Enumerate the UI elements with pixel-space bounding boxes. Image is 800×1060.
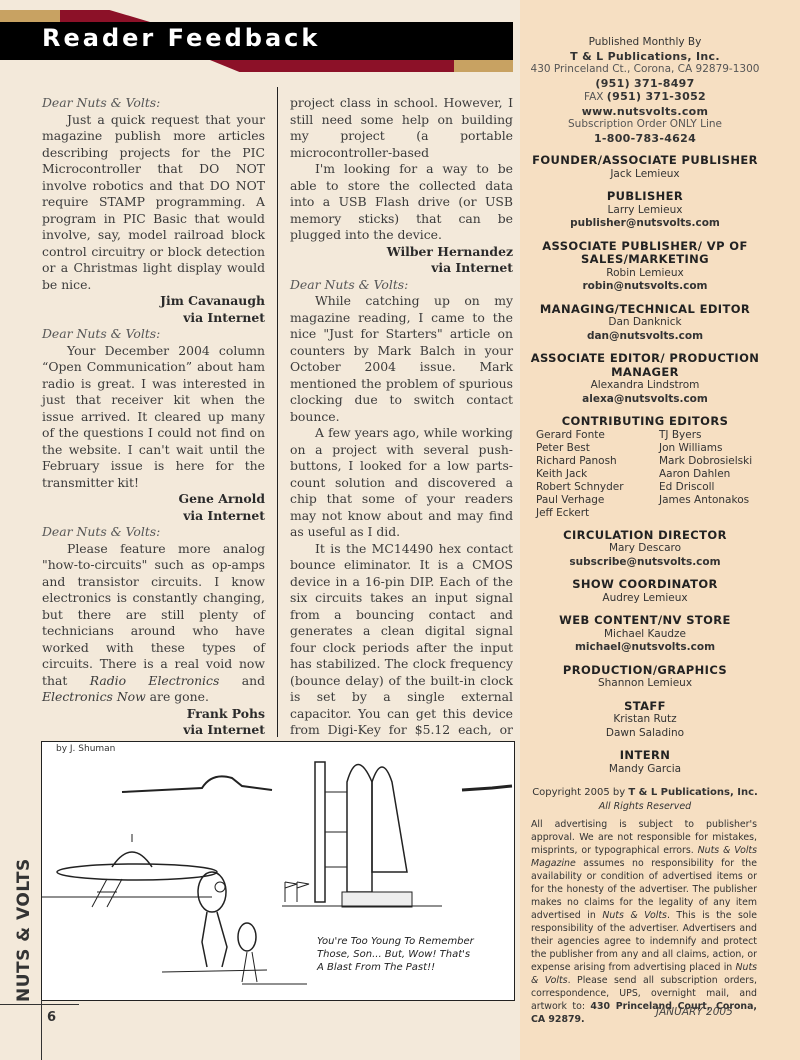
column-divider [277, 87, 278, 737]
section-title: FOUNDER/ASSOCIATE PUBLISHER [530, 154, 760, 168]
staff-name: Shannon Lemieux [530, 677, 760, 691]
letter-body: A few years ago, while working on a proj… [290, 425, 513, 541]
text: and [219, 673, 265, 688]
banner-accent-red-bottom [210, 60, 455, 72]
letter-source: via Internet [42, 508, 265, 525]
section-title: PRODUCTION/GRAPHICS [530, 664, 760, 678]
section-title: ASSOCIATE EDITOR/ PRODUCTION MANAGER [530, 352, 760, 379]
staff-email[interactable]: robin@nutsvolts.com [530, 280, 760, 294]
salutation: Dear Nuts & Volts: [290, 277, 513, 294]
letters-column-right: This is my last year in college (enginee… [290, 95, 513, 805]
banner-accent-tan-bottom [454, 60, 513, 72]
copyright: Copyright 2005 by T & L Publications, In… [530, 786, 760, 813]
staff-email[interactable]: dan@nutsvolts.com [530, 330, 760, 344]
staff-name: Larry Lemieux [530, 204, 760, 218]
salutation: Dear Nuts & Volts: [42, 524, 265, 541]
contributor: Mark Dobrosielski [659, 455, 766, 468]
subscription-phone: 1-800-783-4624 [530, 132, 760, 146]
phone-number: (951) 371-8497 [530, 77, 760, 91]
staff-name: Jack Lemieux [530, 168, 760, 182]
staff-name: Audrey Lemieux [530, 592, 760, 606]
caption-line: You're Too Young To Remember [317, 935, 507, 948]
staff-name: Mandy Garcia [530, 763, 760, 777]
salutation: Dear Nuts & Volts: [42, 95, 265, 112]
staff-section: ASSOCIATE EDITOR/ PRODUCTION MANAGER Ale… [530, 352, 760, 406]
letter-body: I'm looking for a way to be able to stor… [290, 161, 513, 244]
letter-author: Wilber Hernandez [290, 244, 513, 261]
cartoon: by J. Shuman You're Too Young To Reme [41, 741, 515, 1001]
staff-section: STAFF Kristan Rutz Dawn Saladino [530, 700, 760, 741]
section-title: CONTRIBUTING EDITORS [530, 415, 760, 429]
fax-label: FAX [584, 91, 603, 103]
fax-number: (951) 371-3052 [607, 90, 706, 103]
section-title: PUBLISHER [530, 190, 760, 204]
staff-email[interactable]: alexa@nutsvolts.com [530, 393, 760, 407]
subscription-label: Subscription Order ONLY Line [530, 118, 760, 132]
contributor: James Antonakos [659, 494, 766, 507]
contributor: Ed Driscoll [659, 481, 766, 494]
contributor-grid: Gerard Fonte TJ Byers Peter Best Jon Wil… [536, 429, 760, 520]
contributor: Keith Jack [536, 468, 659, 481]
contributor: Robert Schnyder [536, 481, 659, 494]
letter-body: It is the MC14490 hex contact bounce eli… [290, 541, 513, 772]
company-address: 430 Princeland Ct., Corona, CA 92879-130… [530, 63, 760, 77]
contributor: Aaron Dahlen [659, 468, 766, 481]
staff-section: ASSOCIATE PUBLISHER/ VP OF SALES/MARKETI… [530, 240, 760, 294]
masthead: Published Monthly By T & L Publications,… [530, 36, 760, 813]
staff-name: Michael Kaudze [530, 628, 760, 642]
contributing-editors: CONTRIBUTING EDITORS Gerard Fonte TJ Bye… [530, 415, 760, 520]
website-link[interactable]: www.nutsvolts.com [530, 105, 760, 119]
contributor: TJ Byers [659, 429, 766, 442]
advertising-disclaimer: All advertising is subject to publisher'… [531, 818, 757, 1026]
text: Please feature more analog "how-to-circu… [42, 541, 265, 688]
magazine-title: Electronics Now [42, 689, 146, 704]
staff-name: Dan Danknick [530, 316, 760, 330]
copyright-holder: T & L Publications, Inc. [628, 787, 758, 798]
staff-section: PRODUCTION/GRAPHICS Shannon Lemieux [530, 664, 760, 691]
page-title: Reader Feedback [42, 24, 320, 52]
page-number: 6 [47, 1010, 56, 1025]
issue-date: JANUARY 2005 [656, 1006, 733, 1018]
letter-body: While catching up on my magazine reading… [290, 293, 513, 425]
letter-continued: This is my last year in college (enginee… [290, 95, 513, 161]
letter-body: Just a quick request that your magazine … [42, 112, 265, 294]
letter: Dear Nuts & Volts: Please feature more a… [42, 524, 265, 739]
published-by: Published Monthly By [530, 36, 760, 50]
contributor: Jeff Eckert [536, 507, 659, 520]
rights-reserved: All Rights Reserved [530, 800, 760, 814]
letter-body: This is my last year in college (enginee… [290, 95, 513, 161]
contributor: Paul Verhage [536, 494, 659, 507]
magazine-title: Radio Electronics [90, 673, 220, 688]
staff-section: INTERN Mandy Garcia [530, 749, 760, 776]
staff-name: Robin Lemieux [530, 267, 760, 281]
letter: Dear Nuts & Volts: While catching up on … [290, 277, 513, 805]
staff-section: PUBLISHER Larry Lemieux publisher@nutsvo… [530, 190, 760, 231]
staff-section: WEB CONTENT/NV STORE Michael Kaudze mich… [530, 614, 760, 655]
staff-email[interactable]: publisher@nutsvolts.com [530, 217, 760, 231]
text: are gone. [146, 689, 209, 704]
letter-body: Your December 2004 column “Open Communic… [42, 343, 265, 492]
letter: Dear Nuts & Volts: Just a quick request … [42, 95, 265, 326]
letters-column-left: Dear Nuts & Volts: Just a quick request … [42, 95, 265, 797]
section-title: INTERN [530, 749, 760, 763]
staff-section: CIRCULATION DIRECTOR Mary Descaro subscr… [530, 529, 760, 570]
letter-source: via Internet [42, 722, 265, 739]
section-title: SHOW COORDINATOR [530, 578, 760, 592]
cartoon-caption: You're Too Young To Remember Those, Son.… [317, 935, 507, 974]
staff-email[interactable]: subscribe@nutsvolts.com [530, 556, 760, 570]
staff-name: Mary Descaro [530, 542, 760, 556]
staff-name: Kristan Rutz [530, 713, 760, 727]
fax-line: FAX (951) 371-3052 [530, 90, 760, 105]
text: It is the MC14490 hex contact bounce eli… [290, 541, 513, 771]
banner-accent-tan [0, 10, 60, 22]
staff-section: FOUNDER/ASSOCIATE PUBLISHER Jack Lemieux [530, 154, 760, 181]
footer-rule [0, 1004, 79, 1005]
contributor: Richard Panosh [536, 455, 659, 468]
letter-source: via Internet [290, 260, 513, 277]
staff-section: MANAGING/TECHNICAL EDITOR Dan Danknick d… [530, 303, 760, 344]
contributor: Gerard Fonte [536, 429, 659, 442]
letter-author: Gene Arnold [42, 491, 265, 508]
copyright-prefix: Copyright 2005 by [532, 787, 625, 798]
company-name: T & L Publications, Inc. [530, 50, 760, 64]
letter-author: Jim Cavanaugh [42, 293, 265, 310]
staff-section: SHOW COORDINATOR Audrey Lemieux [530, 578, 760, 605]
contributor: Jon Williams [659, 442, 766, 455]
footer-rule-vertical [41, 1000, 42, 1060]
section-title: CIRCULATION DIRECTOR [530, 529, 760, 543]
contributor: Peter Best [536, 442, 659, 455]
letter: Dear Nuts & Volts: Your December 2004 co… [42, 326, 265, 524]
section-title: STAFF [530, 700, 760, 714]
staff-name: Alexandra Lindstrom [530, 379, 760, 393]
section-title: ASSOCIATE PUBLISHER/ VP OF SALES/MARKETI… [530, 240, 760, 267]
nuts-volts-logo: NUTS & VOLTS [14, 858, 34, 1002]
caption-line: A Blast From The Past!! [317, 961, 507, 974]
letter-author: Frank Pohs [42, 706, 265, 723]
salutation: Dear Nuts & Volts: [42, 326, 265, 343]
letter-body: Please feature more analog "how-to-circu… [42, 541, 265, 706]
banner-accent-red [60, 10, 150, 22]
letter-source: via Internet [42, 310, 265, 327]
section-title: WEB CONTENT/NV STORE [530, 614, 760, 628]
staff-email[interactable]: michael@nutsvolts.com [530, 641, 760, 655]
text: Nuts & Volts [602, 910, 667, 921]
staff-name: Dawn Saladino [530, 727, 760, 741]
section-title: MANAGING/TECHNICAL EDITOR [530, 303, 760, 317]
caption-line: Those, Son... But, Wow! That's [317, 948, 507, 961]
